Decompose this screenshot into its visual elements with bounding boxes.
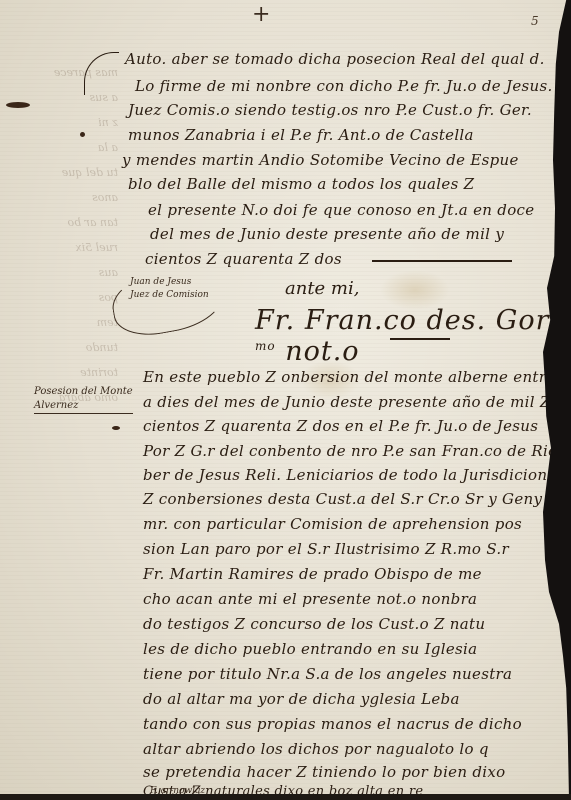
- text-line: do al altar ma yor de dicha yglesia Leba: [143, 690, 460, 708]
- text-line: del mes de Junio deste presente año de m…: [150, 225, 504, 243]
- text-line: ber de Jesus Reli. Leniciarios de todo l…: [143, 466, 547, 484]
- text-line: Z conbersiones desta Cust.a del S.r Cr.o…: [143, 490, 542, 508]
- opening-flourish: [84, 52, 119, 95]
- text-line: tiene por titulo Nr.a S.a de los angeles…: [143, 665, 512, 683]
- ink-blot: [80, 132, 85, 137]
- text-line: el presente N.o doi fe que conoso en Jt.…: [148, 201, 534, 219]
- text-line: y mendes martin Andio Sotomibe Vecino de…: [122, 151, 519, 169]
- header-cross-mark: +: [252, 2, 270, 27]
- text-line: Juez Comis.o siendo testig.os nro P.e Cu…: [128, 101, 532, 119]
- text-line: Fr. Martin Ramires de prado Obispo de me: [143, 565, 482, 583]
- text-line: cho acan ante mi el presente not.o nonbr…: [143, 590, 477, 608]
- text-line: cientos Z quarenta Z dos en el P.e fr. J…: [143, 417, 538, 435]
- margin-note-line: Alvernez: [34, 399, 133, 414]
- text-line: do testigos Z concurso de los Cust.o Z n…: [143, 615, 485, 633]
- text-line: Auto. aber se tomado dicha posecion Real…: [125, 50, 545, 68]
- water-stain: [380, 270, 450, 310]
- text-line: se pretendia hacer Z tiniendo lo por bie…: [143, 763, 505, 781]
- notary-superscript: mo: [255, 339, 276, 353]
- text-line: cientos Z quarenta Z dos: [145, 250, 342, 268]
- notary-title: not.o: [285, 336, 359, 367]
- text-line: munos Zanabria i el P.e fr. Ant.o de Cas…: [128, 126, 474, 144]
- text-line: blo del Balle del mismo a todos los qual…: [128, 175, 474, 193]
- judge-signature: Juan de Jesus Juez de Comision: [130, 276, 209, 302]
- ink-blot: [112, 426, 120, 430]
- ante-mi-text: ante mi,: [285, 278, 359, 299]
- manuscript-page: mas parecea susz nia la tu del queanosta…: [0, 0, 571, 800]
- signature-flourish: [107, 261, 228, 342]
- notary-name: Fr. Fran.co des. Gor.: [255, 305, 556, 336]
- signature-underline: [390, 338, 450, 340]
- text-line: a dies del mes de Junio deste presente a…: [143, 393, 571, 411]
- ink-blot: [6, 102, 30, 108]
- text-line: Por Z G.r del conbento de nro P.e san Fr…: [143, 442, 557, 460]
- text-line: les de dicho pueblo entrando en su Igles…: [143, 640, 477, 658]
- text-line: Lo firme de mi nonbre con dicho P.e fr. …: [135, 77, 553, 95]
- margin-note-line: Posesion del Monte: [34, 385, 133, 399]
- text-line: altar abriendo los dichos por nagualoto …: [143, 740, 489, 758]
- folio-number: 5: [531, 14, 539, 28]
- bleed-through-text: mas parecea susz nia la tu del queanosta…: [18, 60, 118, 410]
- page-bottom-edge: [0, 794, 571, 800]
- margin-note: Posesion del Monte Alvernez: [34, 385, 133, 414]
- closing-rule: [372, 260, 512, 262]
- text-line: En este pueblo Z onbersion del monte alb…: [143, 368, 555, 386]
- notary-signature: Fr. Fran.co des. Gor. mo not.o: [255, 305, 571, 367]
- text-line: mr. con particular Comision de aprehensi…: [143, 515, 522, 533]
- text-line: tando con sus propias manos el nacrus de…: [143, 715, 522, 733]
- text-line: sion Lan paro por el S.r Ilustrisimo Z R…: [143, 540, 509, 558]
